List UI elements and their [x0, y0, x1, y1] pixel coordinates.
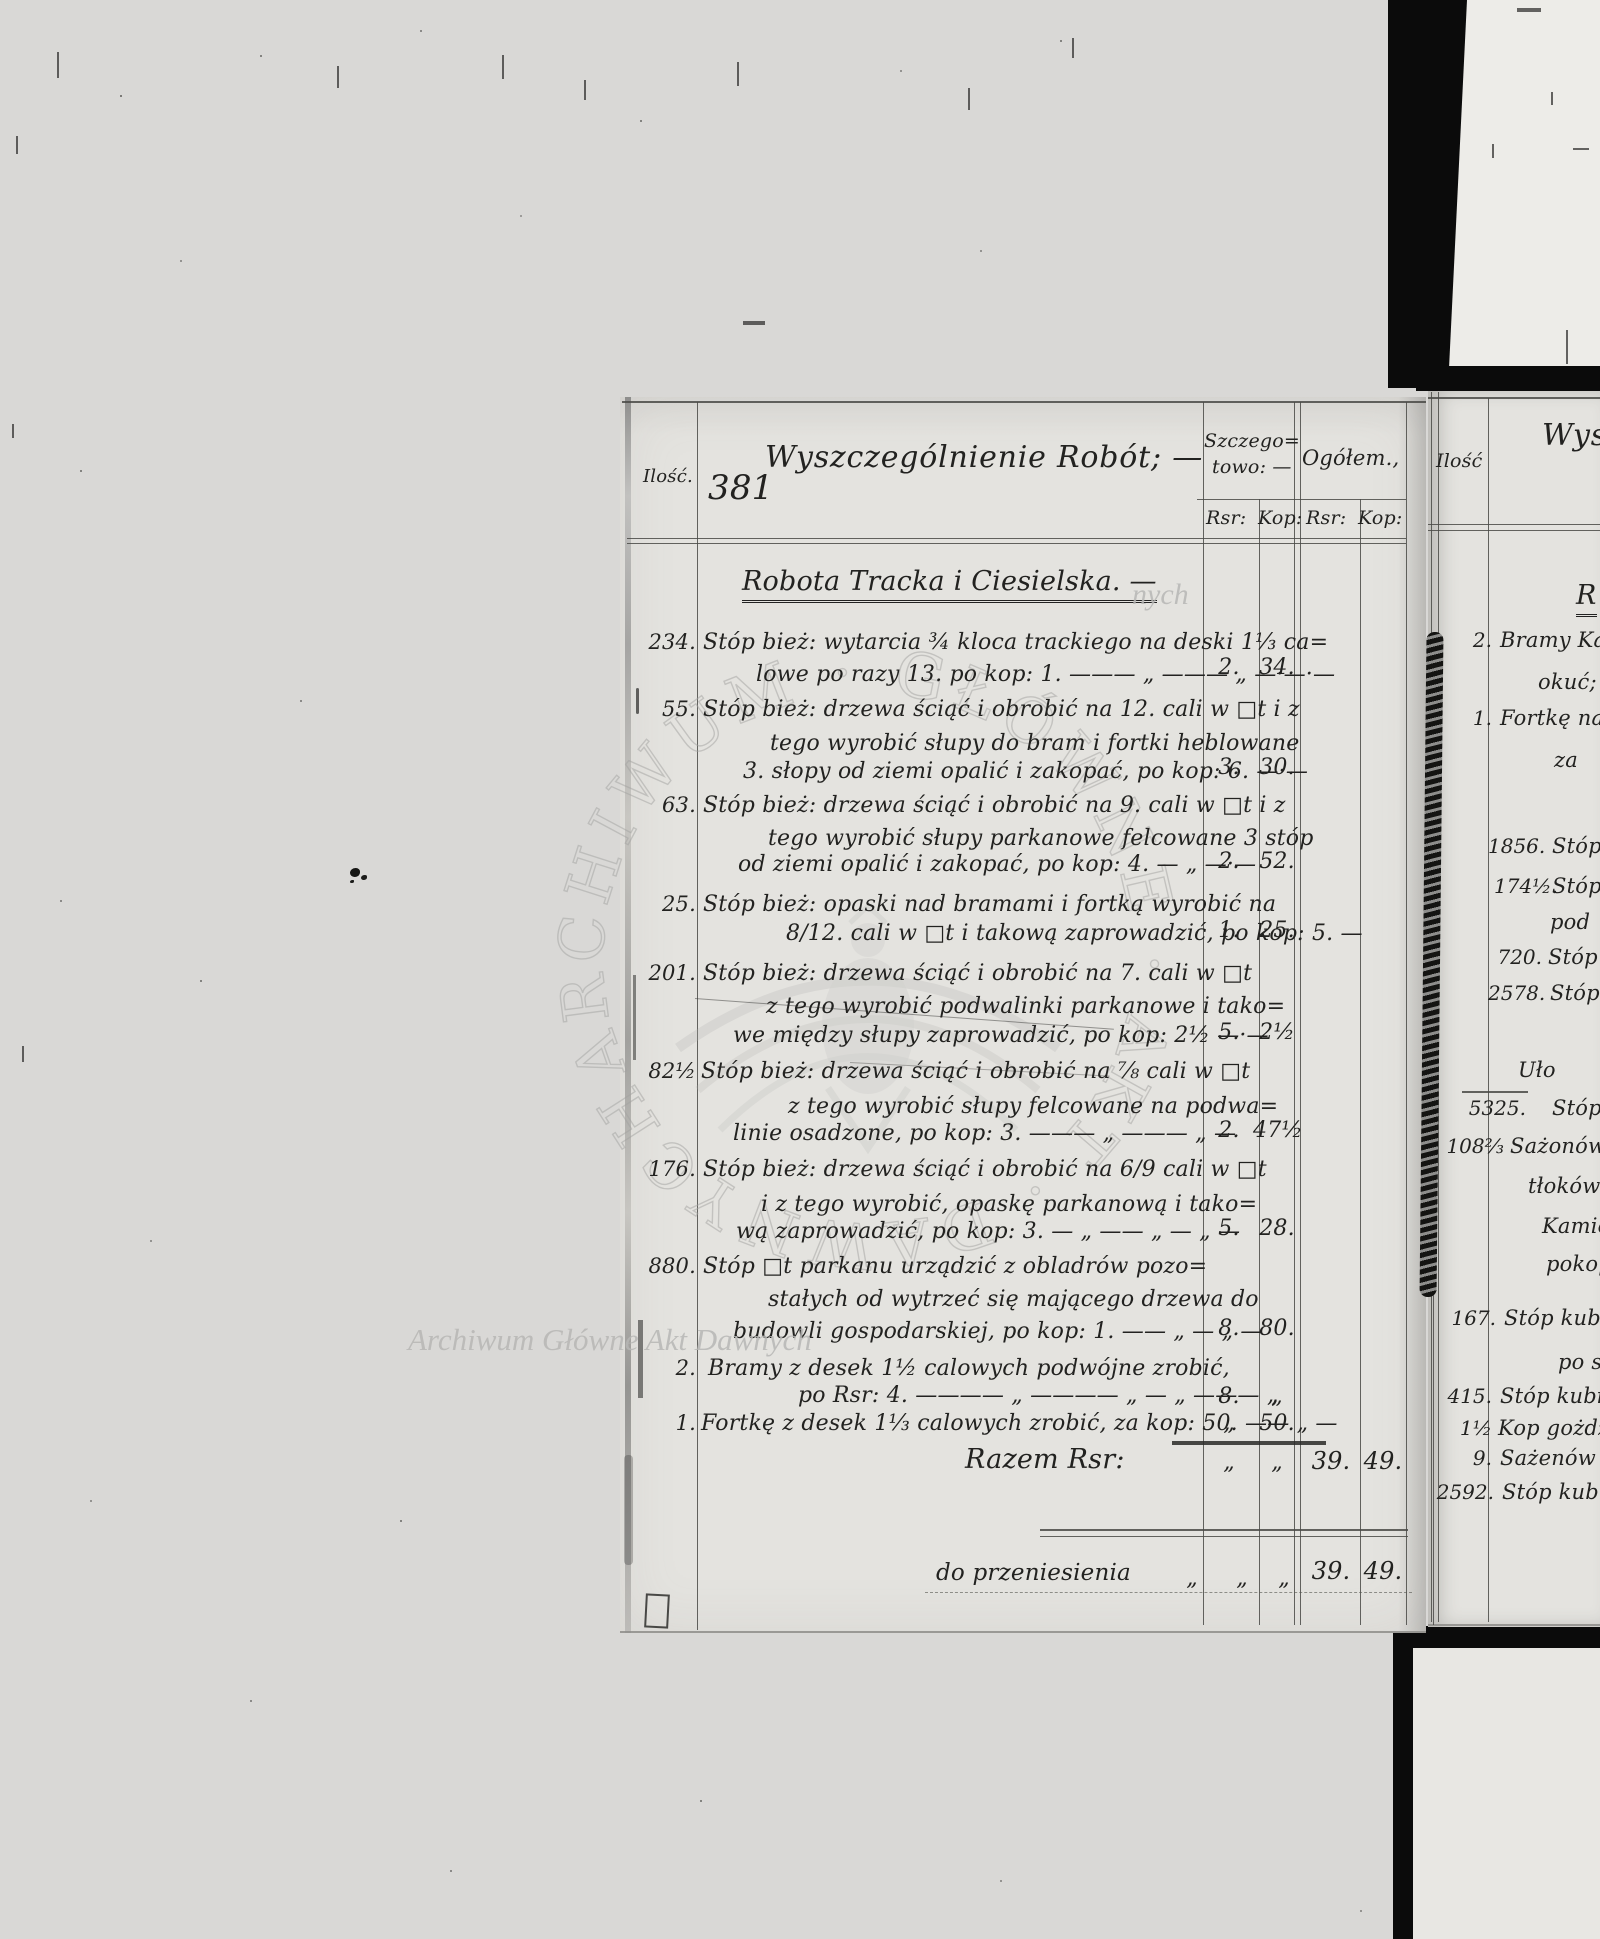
film-notch	[1573, 148, 1589, 150]
entry-qty: 176.	[638, 1157, 696, 1181]
entry-line: Stóp bież: drzewa ściąć i obrobić na ⅞ c…	[701, 1059, 1250, 1084]
entry-line: z tego wyrobić podwalinki parkanowe i ta…	[766, 994, 1285, 1019]
entry-line: z tego wyrobić słupy felcowane na podwa=	[788, 1094, 1278, 1119]
total-column-header: Ogółem.,	[1302, 446, 1399, 470]
total-double-line-b	[1040, 1536, 1408, 1537]
right-page-bottom-edge	[1428, 1624, 1600, 1626]
entry-qty: 9.	[1440, 1446, 1492, 1470]
binding-edge-line	[1433, 1295, 1434, 1625]
entry-qty: 2.	[638, 1356, 696, 1380]
sum-detail-kop-ditto: „	[1253, 1450, 1301, 1475]
film-tick	[12, 424, 14, 438]
film-notch	[1551, 92, 1553, 105]
sum-row-label: Razem Rsr:	[965, 1444, 1125, 1475]
entry-line: Stóp bież: drzewa ściąć i obrobić na 6/9…	[703, 1157, 1267, 1182]
detail-kop-header: Kop:	[1258, 507, 1303, 529]
film-tick	[737, 62, 739, 86]
entry-line: Stóp	[1550, 981, 1600, 1005]
entry-rsr: 3.	[1205, 755, 1253, 780]
entry-line: od ziemi opalić i zakopać, po kop: 4. — …	[738, 852, 1256, 877]
entry-qty: 63.	[638, 793, 696, 817]
corner-fold-mark	[644, 1593, 670, 1628]
carry-ditto: „	[1260, 1566, 1308, 1591]
entry-line: Kop gożdz	[1498, 1416, 1600, 1440]
total-kop-header: Kop:	[1358, 507, 1403, 529]
next-frame-page	[1413, 1648, 1600, 1939]
entry-qty: 174½.	[1494, 874, 1546, 898]
entry-rsr: 8.	[1205, 1384, 1253, 1409]
film-tick	[337, 66, 339, 88]
entry-rsr: 2.	[1205, 655, 1253, 680]
dust-speck	[120, 95, 122, 97]
entry-line: za	[1554, 748, 1578, 772]
entry-qty: 415.	[1434, 1384, 1492, 1408]
entry-rsr: 2.	[1205, 1118, 1253, 1143]
entry-line: Stóp bież: wytarcia ¾ kloca trackiego na…	[703, 630, 1328, 655]
entry-kop: 47½	[1253, 1118, 1301, 1143]
entry-line: Uło	[1518, 1058, 1556, 1082]
entry-line: Bramy Ka	[1500, 628, 1600, 652]
film-tick	[22, 1046, 24, 1062]
entry-kop: 28.	[1253, 1216, 1301, 1241]
film-notch	[1492, 144, 1494, 158]
page-bottom-edge	[620, 1631, 1426, 1633]
entry-rsr: 8.	[1205, 1316, 1253, 1341]
film-tick	[584, 80, 586, 100]
entry-kop: 80.	[1253, 1316, 1301, 1341]
entry-line: Stóp kubicz	[1504, 1306, 1600, 1330]
entry-line: Kamie	[1542, 1214, 1600, 1238]
entry-line: we między słupy zaprowadzić, po kop: 2½ …	[733, 1023, 1269, 1048]
entry-qty: 1.	[638, 1411, 696, 1435]
total-double-line-a	[1040, 1529, 1408, 1531]
film-notch	[1566, 330, 1568, 364]
entry-rsr: 2.	[1205, 849, 1253, 874]
entry-kop: 25.	[1253, 918, 1301, 943]
entry-qty: 720.	[1492, 945, 1542, 969]
entry-line: okuć; p	[1538, 670, 1600, 694]
entry-kop: 50.	[1253, 1411, 1301, 1436]
right-page-header-rule-a	[1428, 524, 1600, 525]
entry-qty: 2592.	[1428, 1480, 1494, 1504]
watermark-fragment: nych	[1132, 578, 1189, 612]
entry-kop: 52.	[1253, 849, 1301, 874]
entry-line: Bramy z desek 1½ calowych podwójne zrobi…	[708, 1356, 1230, 1381]
entry-line: Stóp bież: drzewa ściąć i obrobić na 12.…	[703, 697, 1300, 722]
entry-qty: 1856.	[1488, 834, 1544, 858]
entry-line: Fortkę na	[1500, 706, 1600, 730]
entry-line: Stóp bież: drzewa ściąć i obrobić na 9. …	[703, 793, 1286, 818]
entry-qty: 82½	[638, 1059, 696, 1083]
right-margin-rule	[1406, 402, 1407, 1625]
entry-qty: 1½	[1438, 1416, 1492, 1440]
entry-line: stałych od wytrzeć się mającego drzewa d…	[768, 1287, 1259, 1312]
entry-qty: 1.	[1432, 706, 1492, 730]
film-border-top-horizontal	[1416, 366, 1600, 391]
ledger-page-right	[1428, 391, 1600, 1627]
entry-line: Sażonów s	[1510, 1134, 1600, 1158]
entry-qty: 5325.	[1468, 1096, 1526, 1120]
entry-line: tego wyrobić słupy do bram i fortki hebl…	[770, 731, 1299, 756]
film-tick	[16, 136, 18, 154]
entry-line: linie osadzone, po kop: 3. ——— „ ——— „ —	[733, 1121, 1236, 1146]
entry-line: pokop	[1546, 1252, 1600, 1276]
entry-line: Stóp	[1548, 945, 1598, 969]
right-works-column-header: Wysz	[1542, 418, 1600, 453]
right-page-header-rule-b	[1428, 530, 1600, 531]
entry-line: po s	[1558, 1350, 1600, 1374]
entry-rsr: „	[1205, 1411, 1253, 1436]
entry-rsr: 5.	[1205, 1020, 1253, 1045]
qty-column-header: Ilość.	[643, 466, 693, 487]
entry-kop: „	[1253, 1384, 1301, 1409]
entry-line: Stóp bież: drzewa ściąć i obrobić na 7. …	[703, 961, 1252, 986]
carry-ditto: „	[1168, 1566, 1216, 1591]
works-column-header: Wyszczególnienie Robót; —	[765, 440, 1203, 475]
entry-qty: 2578.	[1488, 981, 1544, 1005]
entry-qty: 2.	[1432, 628, 1492, 652]
sum-total-rsr: 39.	[1307, 1447, 1355, 1475]
entry-qty: 167.	[1438, 1306, 1496, 1330]
film-tick	[968, 88, 970, 110]
entry-qty: 234.	[638, 630, 696, 654]
detail-column-header-line1: Szczego=	[1204, 430, 1300, 452]
film-border-bottom-vertical	[1393, 1648, 1413, 1939]
entry-line: i z tego wyrobić, opaskę parkanową i tak…	[761, 1192, 1257, 1217]
entry-line: Stóp b	[1552, 834, 1600, 858]
edge-smudge	[624, 1455, 633, 1565]
entry-line: Stóp	[1552, 874, 1600, 898]
entry-qty: 25.	[638, 892, 696, 916]
entry-line: pod	[1550, 910, 1590, 934]
entry-line: tego wyrobić słupy parkanowe felcowane 3…	[768, 826, 1314, 851]
right-section-title-fragment: R	[1576, 580, 1597, 617]
table-top-rule	[622, 401, 1426, 403]
carry-dash-rule	[925, 1592, 1412, 1593]
entry-kop: 2½	[1253, 1020, 1301, 1045]
entry-rsr: 5.	[1205, 1216, 1253, 1241]
entry-line: Sażenów k	[1500, 1446, 1600, 1470]
entry-line: tłoków	[1528, 1174, 1600, 1198]
right-qty-column-header: Ilość	[1436, 450, 1482, 472]
entry-line: Stóp □t parkanu urządzić z obladrów pozo…	[703, 1254, 1207, 1279]
ink-blot	[350, 868, 360, 877]
carry-total-kop: 49.	[1359, 1557, 1407, 1585]
entry-line: Stóp kubicz	[1500, 1384, 1600, 1408]
currency-top-rule	[1197, 499, 1406, 500]
entry-qty: 201.	[638, 961, 696, 985]
microfilm-scan: Ilość. 381 Wyszczególnienie Robót; — Szc…	[0, 0, 1600, 1939]
entry-line: wą zaprowadzić, po kop: 3. — „ —— „ — „ …	[736, 1219, 1240, 1244]
entry-line: Stóp	[1552, 1096, 1600, 1120]
entry-rsr: 1.	[1205, 918, 1253, 943]
right-page-sum-rule	[1462, 1091, 1528, 1093]
total-rsr-header: Rsr:	[1306, 507, 1346, 529]
film-notch	[1517, 8, 1541, 12]
page-number: 381	[708, 468, 774, 508]
entry-qty: 880.	[638, 1254, 696, 1278]
entry-qty: 55.	[638, 697, 696, 721]
detail-column-header-line2: towo: —	[1212, 456, 1292, 478]
film-tick	[1072, 38, 1074, 58]
sum-rule	[1172, 1441, 1326, 1445]
entry-kop: 34.	[1253, 655, 1301, 680]
film-tick	[57, 52, 59, 78]
entry-line: budowli gospodarskiej, po kop: 1. —— „ —…	[733, 1319, 1263, 1344]
sum-detail-rsr-ditto: „	[1205, 1450, 1253, 1475]
sum-total-kop: 49.	[1359, 1447, 1407, 1475]
entry-line: Stóp bież: opaski nad bramami i fortką w…	[703, 892, 1276, 917]
archive-watermark-text: Archiwum Główne Akt Dawnych	[408, 1322, 812, 1358]
entry-line: Stóp kubi	[1502, 1480, 1600, 1504]
entry-kop: 30.	[1253, 755, 1301, 780]
carry-total-rsr: 39.	[1307, 1557, 1355, 1585]
top-dash-mark	[743, 321, 765, 325]
entry-qty: 108⅔	[1444, 1134, 1504, 1158]
detail-rsr-header: Rsr:	[1206, 507, 1246, 529]
carry-ditto: „	[1218, 1566, 1266, 1591]
carry-forward-label: do przeniesienia	[936, 1560, 1131, 1586]
film-tick	[502, 55, 504, 79]
right-page-top-rule	[1428, 397, 1600, 399]
